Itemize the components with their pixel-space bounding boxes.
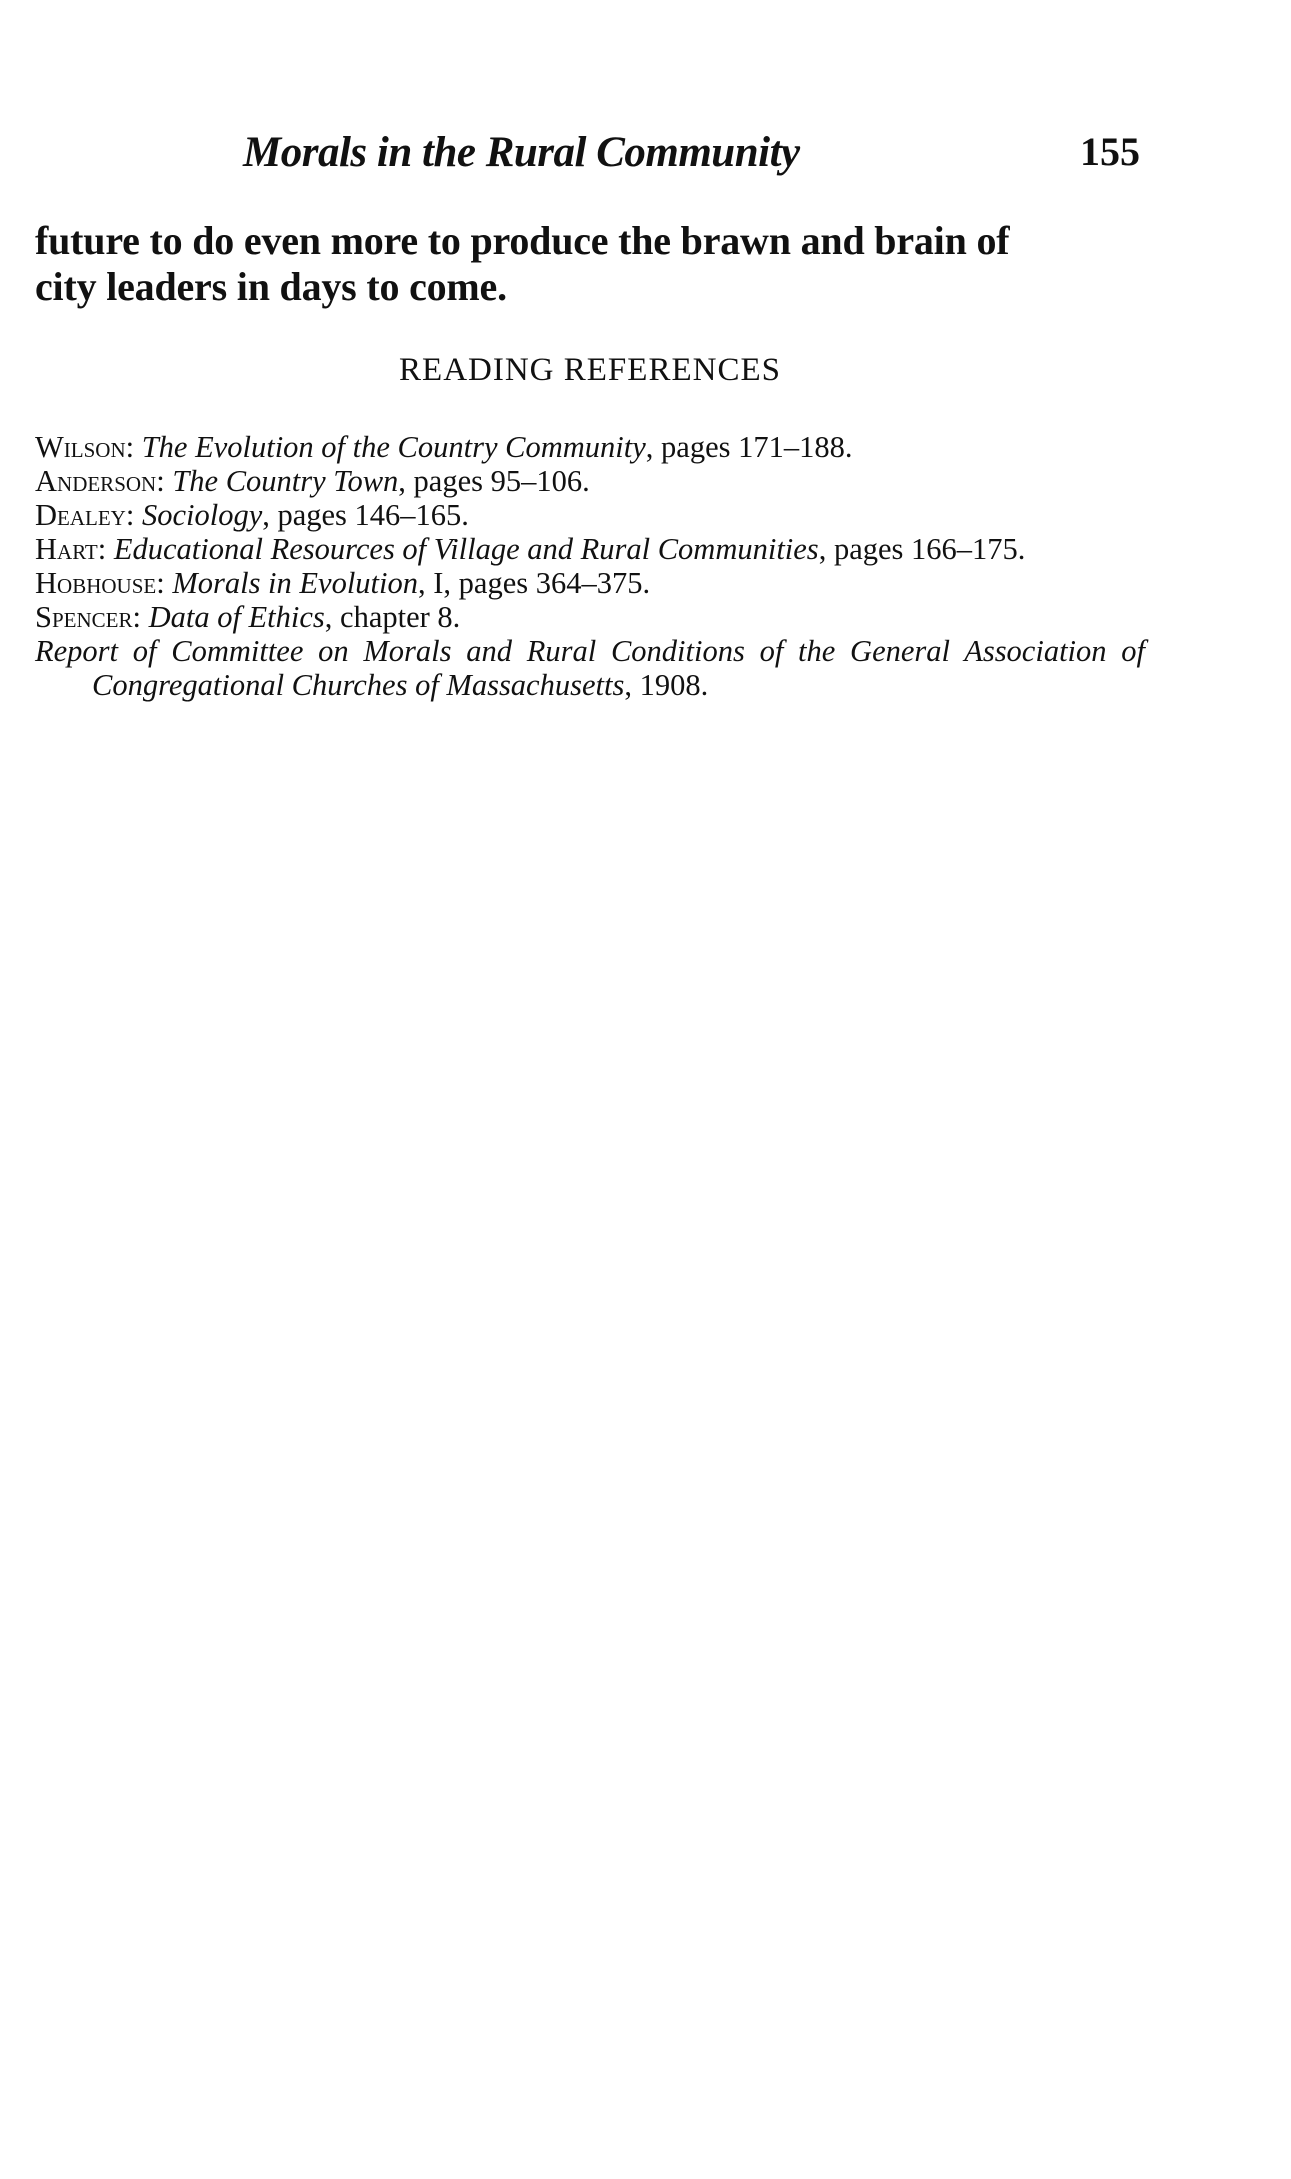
- page-number: 155: [1080, 128, 1140, 175]
- book-page: Morals in the Rural Community 155 future…: [0, 0, 1291, 2179]
- reference-title: Morals in Evolution: [172, 566, 418, 600]
- reference-title: The Country Town: [172, 464, 398, 498]
- reference-title: Sociology: [142, 498, 262, 532]
- reference-title: The Evolution of the Country Community: [142, 430, 646, 464]
- reference-item: Wilson: The Evolution of the Country Com…: [35, 430, 1145, 464]
- reading-references-list: Wilson: The Evolution of the Country Com…: [35, 430, 1145, 702]
- reference-item: Anderson: The Country Town, pages 95–106…: [35, 464, 1145, 498]
- reference-item: Hobhouse: Morals in Evolution, I, pages …: [35, 566, 1145, 600]
- reference-detail: , 1908.: [624, 668, 708, 702]
- reference-author: Dealey:: [35, 498, 134, 532]
- paragraph-line: city leaders in days to come.: [35, 264, 1145, 310]
- reference-detail: , chapter 8.: [325, 600, 461, 634]
- reference-detail: , pages 146–165.: [262, 498, 469, 532]
- running-title: Morals in the Rural Community: [243, 128, 800, 177]
- reference-author: Spencer:: [35, 600, 141, 634]
- reference-author: Hobhouse:: [35, 566, 165, 600]
- reference-item: Report of Committee on Morals and Rural …: [35, 634, 1145, 702]
- section-heading: READING REFERENCES: [0, 352, 1180, 389]
- running-head: Morals in the Rural Community 155: [35, 128, 1140, 178]
- reference-detail: , I, pages 364–375.: [418, 566, 650, 600]
- reference-title: Report of Committee on Morals and Rural …: [35, 634, 1145, 702]
- reference-item: Dealey: Sociology, pages 146–165.: [35, 498, 1145, 532]
- reference-item: Hart: Educational Resources of Village a…: [35, 532, 1145, 566]
- reference-title: Educational Resources of Village and Rur…: [114, 532, 819, 566]
- reference-author: Anderson:: [35, 464, 165, 498]
- reference-author: Wilson:: [35, 430, 134, 464]
- reference-detail: , pages 171–188.: [646, 430, 853, 464]
- reference-author: Hart:: [35, 532, 106, 566]
- body-paragraph: future to do even more to produce the br…: [35, 218, 1145, 310]
- reference-item: Spencer: Data of Ethics, chapter 8.: [35, 600, 1145, 634]
- paragraph-line: future to do even more to produce the br…: [35, 218, 1145, 264]
- reference-detail: , pages 166–175.: [819, 532, 1026, 566]
- reference-title: Data of Ethics: [149, 600, 325, 634]
- reference-detail: , pages 95–106.: [398, 464, 589, 498]
